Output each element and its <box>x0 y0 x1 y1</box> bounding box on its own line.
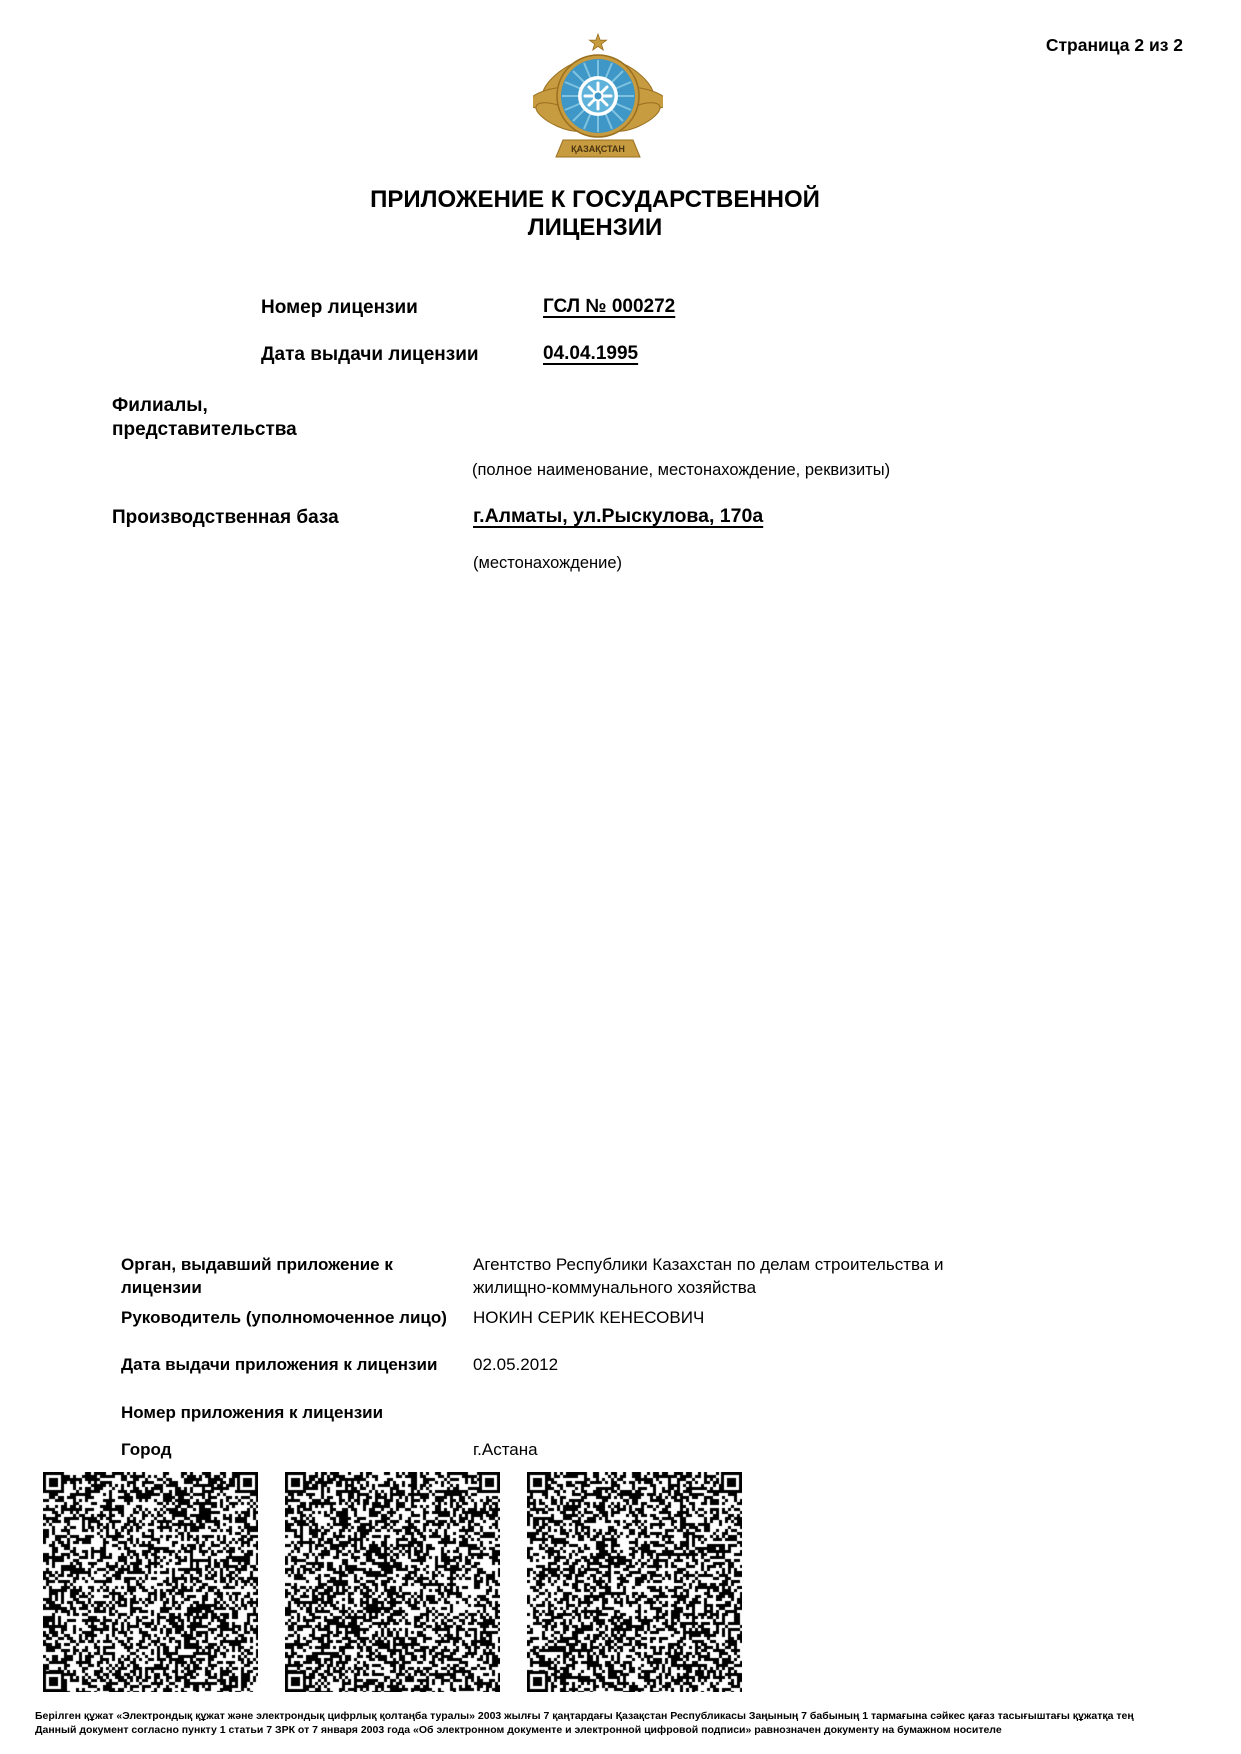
head-person-label: Руководитель (уполномоченное лицо) <box>121 1306 466 1329</box>
document-title-line2: ЛИЦЕНЗИИ <box>295 214 895 242</box>
license-number-value: ГСЛ № 000272 <box>543 296 675 318</box>
license-number-label: Номер лицензии <box>261 296 418 320</box>
document-title-line1: ПРИЛОЖЕНИЕ К ГОСУДАРСТВЕННОЙ <box>295 186 895 214</box>
signature-barcode-3 <box>527 1472 742 1692</box>
issuing-authority-value: Агентство Республики Казахстан по делам … <box>473 1253 948 1299</box>
head-person-value: НОКИН СЕРИК КЕНЕСОВИЧ <box>473 1306 948 1329</box>
license-issue-date-label: Дата выдачи лицензии <box>261 343 479 367</box>
production-base-value: г.Алматы, ул.Рыскулова, 170а <box>473 505 763 528</box>
branches-hint: (полное наименование, местонахождение, р… <box>472 461 890 480</box>
page-indicator: Страница 2 из 2 <box>1046 35 1183 56</box>
document-title: ПРИЛОЖЕНИЕ К ГОСУДАРСТВЕННОЙ ЛИЦЕНЗИИ <box>295 186 895 242</box>
signature-barcode-2 <box>285 1472 500 1692</box>
branches-label: Филиалы, представительства <box>112 394 327 442</box>
city-value: г.Астана <box>473 1438 948 1461</box>
issuing-authority-label: Орган, выдавший приложение к лицензии <box>121 1253 466 1299</box>
attachment-issue-date-value: 02.05.2012 <box>473 1353 948 1376</box>
emblem-ribbon-text: ҚАЗАҚСТАН <box>571 144 625 154</box>
kazakhstan-coat-of-arms-icon: ҚАЗАҚСТАН <box>533 32 663 166</box>
footer-legal-text-kazakh: Берілген құжат «Электрондық құжат және э… <box>35 1710 1225 1724</box>
footer-legal-text-russian: Данный документ согласно пункту 1 статьи… <box>35 1724 1225 1738</box>
license-attachment-page: Страница 2 из 2 <box>0 0 1241 1754</box>
production-base-label: Производственная база <box>112 506 339 530</box>
attachment-issue-date-label: Дата выдачи приложения к лицензии <box>121 1353 466 1376</box>
attachment-number-label: Номер приложения к лицензии <box>121 1401 466 1424</box>
production-base-hint: (местонахождение) <box>473 554 622 573</box>
signature-barcode-1 <box>43 1472 258 1692</box>
license-issue-date-value: 04.04.1995 <box>543 343 638 365</box>
city-label: Город <box>121 1438 466 1461</box>
